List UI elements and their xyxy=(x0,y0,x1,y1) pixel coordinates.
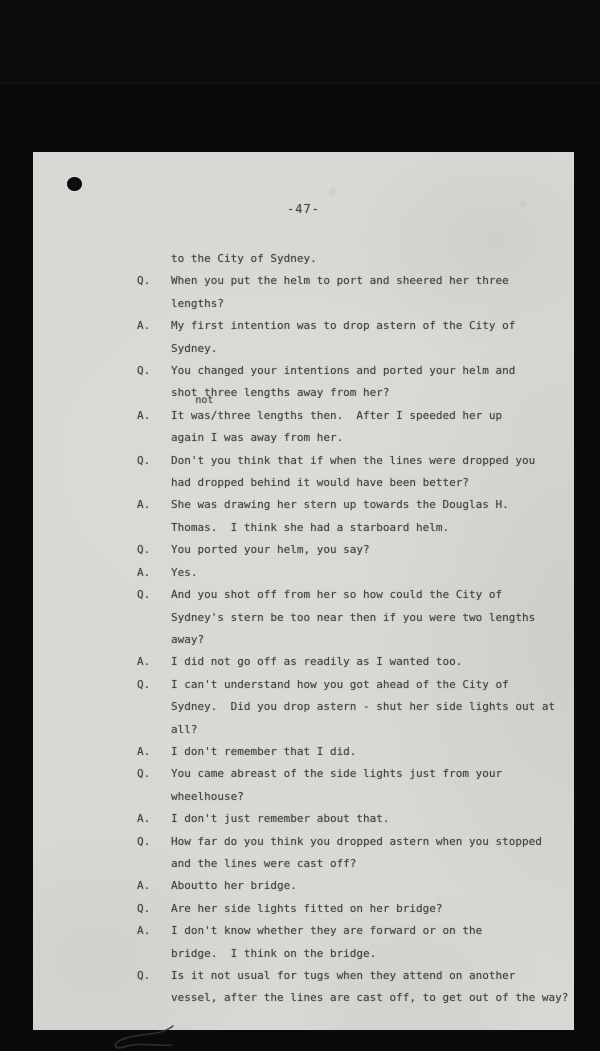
speaker-prefix: Q. xyxy=(137,763,171,785)
speaker-prefix: Q. xyxy=(137,450,171,472)
transcript-line: all? xyxy=(137,719,557,741)
speaker-prefix: A. xyxy=(137,741,171,763)
transcript-line: A.I don't remember that I did. xyxy=(137,741,557,763)
transcript-line: Q.You came abreast of the side lights ju… xyxy=(137,763,557,785)
speaker-prefix: Q. xyxy=(137,831,171,853)
transcript-line: Sydney's stern be too near then if you w… xyxy=(137,607,557,629)
scan-seam-line xyxy=(0,83,600,84)
transcript-line: Thomas. I think she had a starboard helm… xyxy=(137,517,557,539)
speaker-prefix: Q. xyxy=(137,360,171,382)
speaker-prefix: Q. xyxy=(137,270,171,292)
transcript-line: A.I don't just remember about that. xyxy=(137,808,557,830)
transcript-line: A.It was/notthree lengths then. After I … xyxy=(137,405,557,427)
transcript-line: Q.Don't you think that if when the lines… xyxy=(137,450,557,472)
speaker-prefix: A. xyxy=(137,494,171,516)
transcript-line: lengths? xyxy=(137,293,557,315)
scan-background: -47- to the City of Sydney.Q.When you pu… xyxy=(0,0,600,1051)
speaker-prefix: Q. xyxy=(137,965,171,987)
transcript-line: Sydney. xyxy=(137,338,557,360)
speaker-prefix: A. xyxy=(137,651,171,673)
transcript-line: Q.You changed your intentions and ported… xyxy=(137,360,557,382)
speaker-prefix: A. xyxy=(137,315,171,337)
speaker-prefix: Q. xyxy=(137,539,171,561)
transcript-line: Q.You ported your helm, you say? xyxy=(137,539,557,561)
speaker-prefix: A. xyxy=(137,920,171,942)
speaker-prefix: Q. xyxy=(137,898,171,920)
speaker-prefix: A. xyxy=(137,875,171,897)
transcript-line: A.Aboutto her bridge. xyxy=(137,875,557,897)
transcript-line: Q.How far do you think you dropped aster… xyxy=(137,831,557,853)
transcript-line: vessel, after the lines are cast off, to… xyxy=(137,987,557,1009)
document-page: -47- to the City of Sydney.Q.When you pu… xyxy=(33,152,574,1030)
transcript-line: away? xyxy=(137,629,557,651)
transcript-line: to the City of Sydney. xyxy=(137,248,557,270)
hole-punch-mark xyxy=(67,177,82,191)
transcript-line: bridge. I think on the bridge. xyxy=(137,943,557,965)
speaker-prefix: A. xyxy=(137,562,171,584)
transcript-line: A.I did not go off as readily as I wante… xyxy=(137,651,557,673)
transcript-line: and the lines were cast off? xyxy=(137,853,557,875)
transcript-line: Q.Is it not usual for tugs when they att… xyxy=(137,965,557,987)
page-number: -47- xyxy=(33,202,574,216)
speaker-prefix: Q. xyxy=(137,674,171,696)
pen-mark xyxy=(105,1020,185,1051)
transcript-line: again I was away from her. xyxy=(137,427,557,449)
transcript-line: A.She was drawing her stern up towards t… xyxy=(137,494,557,516)
transcript-line: Q.I can't understand how you got ahead o… xyxy=(137,674,557,696)
transcript-line: had dropped behind it would have been be… xyxy=(137,472,557,494)
speaker-prefix: A. xyxy=(137,405,171,427)
transcript-line: A.Yes. xyxy=(137,562,557,584)
speaker-prefix: Q. xyxy=(137,584,171,606)
transcript-line: Q.When you put the helm to port and shee… xyxy=(137,270,557,292)
transcript-line: Q.And you shot off from her so how could… xyxy=(137,584,557,606)
transcript-line: wheelhouse? xyxy=(137,786,557,808)
transcript-line: A.My first intention was to drop astern … xyxy=(137,315,557,337)
transcript-line: A.I don't know whether they are forward … xyxy=(137,920,557,942)
scan-top-band xyxy=(0,0,600,83)
transcript-line: Sydney. Did you drop astern - shut her s… xyxy=(137,696,557,718)
transcript: to the City of Sydney.Q.When you put the… xyxy=(137,248,557,1010)
speaker-prefix: A. xyxy=(137,808,171,830)
inserted-word: not xyxy=(195,396,213,406)
transcript-line: Q.Are her side lights fitted on her brid… xyxy=(137,898,557,920)
